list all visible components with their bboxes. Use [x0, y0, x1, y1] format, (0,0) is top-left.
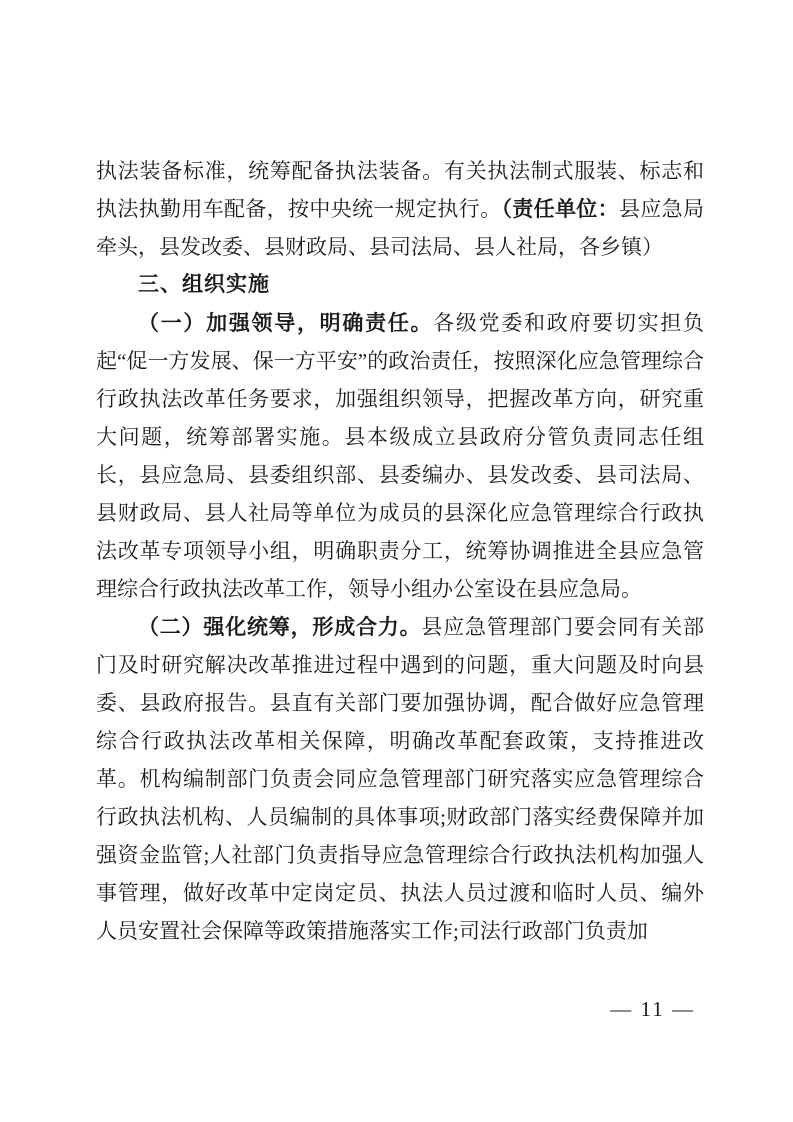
section-heading: 三、组织实施 — [96, 266, 704, 304]
document-page: 执法装备标准，统筹配备执法装备。有关执法制式服装、标志和执法执勤用车配备，按中央… — [0, 0, 793, 1122]
page-number: — 11 — — [610, 994, 695, 1024]
paragraph-continuation: 执法装备标准，统筹配备执法装备。有关执法制式服装、标志和执法执勤用车配备，按中央… — [96, 152, 704, 266]
paragraph-one: （一）加强领导，明确责任。各级党委和政府要切实担负起“促一方发展、保一方平安”的… — [96, 304, 704, 608]
responsible-unit-label: （责任单位： — [501, 197, 619, 221]
paragraph-two: （二）强化统筹，形成合力。县应急管理部门要会同有关部门及时研究解决改革推进过程中… — [96, 608, 704, 950]
paragraph-two-lead: （二）强化统筹，形成合力。 — [138, 615, 421, 639]
document-body: 执法装备标准，统筹配备执法装备。有关执法制式服装、标志和执法执勤用车配备，按中央… — [96, 152, 704, 950]
paragraph-one-lead: （一）加强领导，明确责任。 — [138, 311, 433, 335]
paragraph-two-text: 县应急管理部门要会同有关部门及时研究解决改革推进过程中遇到的问题，重大问题及时向… — [96, 615, 704, 943]
paragraph-one-text: 各级党委和政府要切实担负起“促一方发展、保一方平安”的政治责任，按照深化应急管理… — [96, 311, 704, 601]
